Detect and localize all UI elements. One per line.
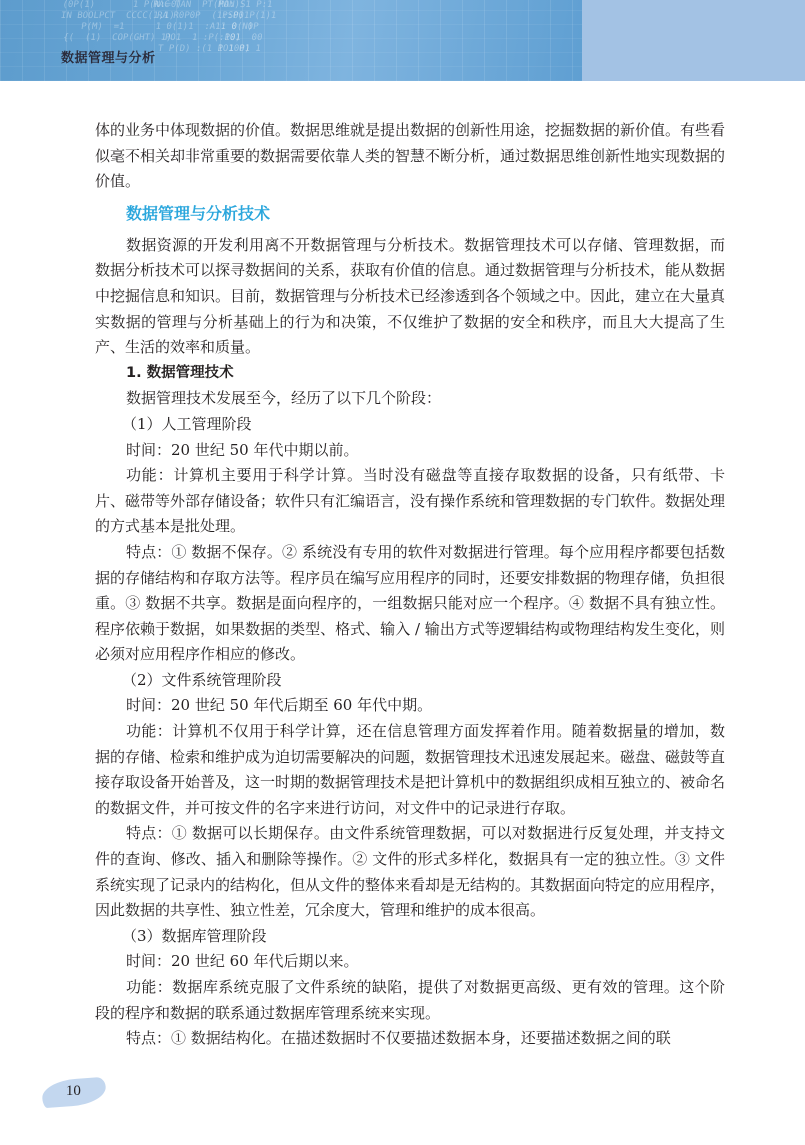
page-header: (0P(1) 1 P(N:=0) IN BOOLPCT CCCC(1,1) P(… — [0, 0, 805, 81]
stage-features: 特点：① 数据可以长期保存。由文件系统管理数据，可以对数据进行反复处理，并支持文… — [95, 821, 725, 923]
header-color-block — [582, 0, 805, 81]
page-number-badge: 10 — [41, 1077, 107, 1108]
stage-3: （3）数据库管理阶段 时间：20 世纪 60 年代后期以来。 功能：数据库系统克… — [95, 924, 725, 1052]
stage-features: 特点：① 数据结构化。在描述数据时不仅要描述数据本身，还要描述数据之间的联 — [95, 1026, 725, 1052]
stage-title: （3）数据库管理阶段 — [122, 924, 725, 950]
stage-time: 时间：20 世纪 50 年代中期以前。 — [95, 438, 725, 464]
page-number: 10 — [66, 1083, 81, 1100]
stage-time: 时间：20 世纪 50 年代后期至 60 年代中期。 — [95, 693, 725, 719]
stage-features: 特点：① 数据不保存。② 系统没有专用的软件对数据进行管理。每个应用程序都要包括… — [95, 540, 725, 668]
stage-2: （2）文件系统管理阶段 时间：20 世纪 50 年代后期至 60 年代中期。 功… — [95, 668, 725, 924]
header-banner-image: (0P(1) 1 P(N:=0) IN BOOLPCT CCCC(1,1) P(… — [0, 0, 582, 81]
subsection-intro: 数据管理技术发展至今，经历了以下几个阶段： — [95, 386, 725, 412]
section-paragraph: 数据资源的开发利用离不开数据管理与分析技术。数据管理技术可以存储、管理数据，而数… — [95, 233, 725, 361]
page-content: 体的业务中体现数据的价值。数据思维就是提出数据的创新性用途，挖掘数据的新价值。有… — [95, 118, 725, 1052]
stage-title: （1）人工管理阶段 — [122, 412, 725, 438]
intro-paragraph: 体的业务中体现数据的价值。数据思维就是提出数据的创新性用途，挖掘数据的新价值。有… — [95, 118, 725, 195]
subsection-heading: 1. 数据管理技术 — [126, 361, 725, 387]
running-title: 数据管理与分析 — [61, 47, 156, 66]
stage-function: 功能：计算机不仅用于科学计算，还在信息管理方面发挥着作用。随着数据量的增加，数据… — [95, 719, 725, 821]
stage-title: （2）文件系统管理阶段 — [122, 668, 725, 694]
section-heading: 数据管理与分析技术 — [126, 201, 725, 227]
stage-1: （1）人工管理阶段 时间：20 世纪 50 年代中期以前。 功能：计算机主要用于… — [95, 412, 725, 668]
decorative-code-texture: PO: 1 P:1 P:P0 P(1)1 1 0 0P P01 00 PO1 P… — [211, 0, 278, 55]
stage-time: 时间：20 世纪 60 年代后期以来。 — [95, 949, 725, 975]
stage-function: 功能：数据库系统克服了文件系统的缺陷，提供了对数据更高级、更有效的管理。这个阶段… — [95, 975, 725, 1026]
stage-function: 功能：计算机主要用于科学计算。当时没有磁盘等直接存取数据的设备，只有纸带、卡片、… — [95, 463, 725, 540]
